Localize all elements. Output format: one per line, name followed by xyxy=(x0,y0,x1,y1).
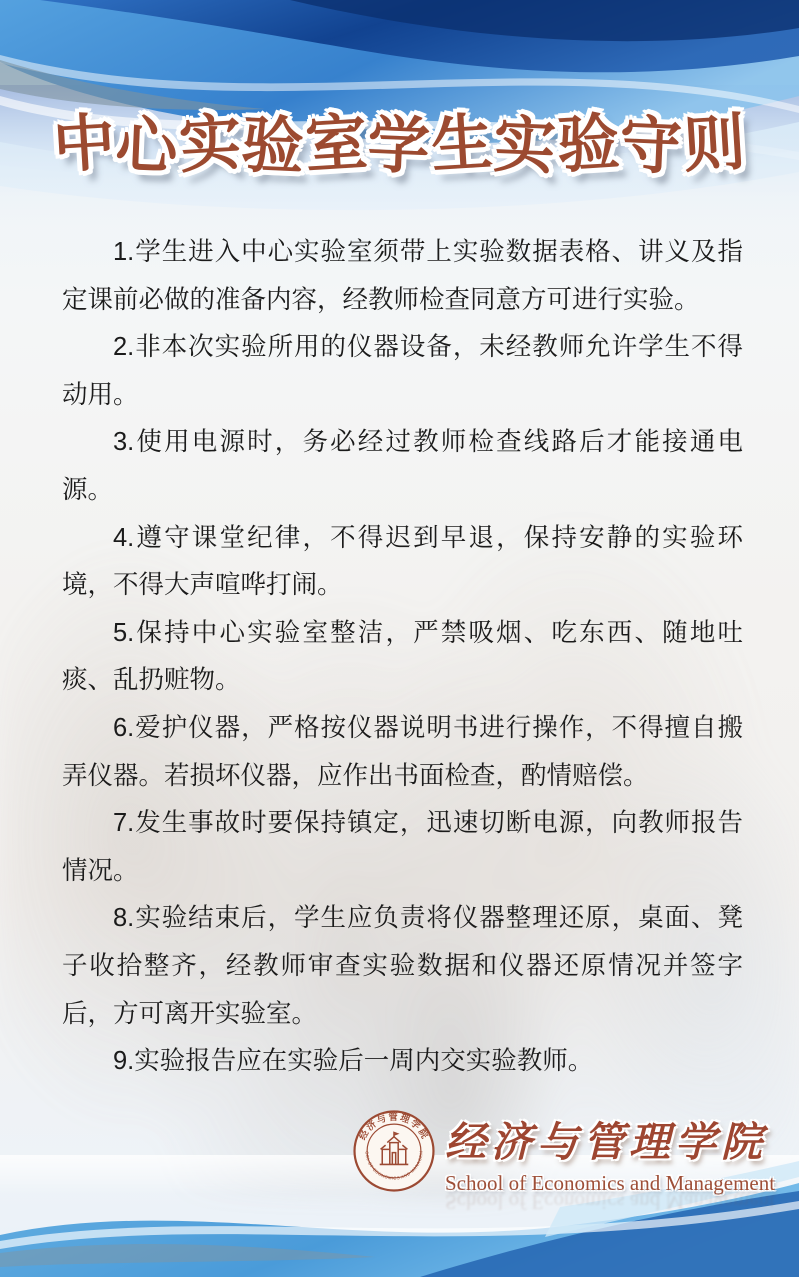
rule-paragraph-6: 6.爱护仪器，严格按仪器说明书进行操作，不得擅自搬弄仪器。若损坏仪器，应作出书面… xyxy=(62,705,743,800)
rule-paragraph-1: 1.学生进入中心实验室须带上实验数据表格、讲义及指定课前必做的准备内容，经教师检… xyxy=(62,229,743,324)
lab-rules-poster: 中心实验室学生实验守则 1.学生进入中心实验室须带上实验数据表格、讲义及指定课前… xyxy=(0,0,799,1277)
school-name-chinese: 经济与管理学院 xyxy=(445,1109,765,1168)
rule-paragraph-3: 3.使用电源时，务必经过教师检查线路后才能接通电源。 xyxy=(62,419,743,514)
rule-paragraph-5: 5.保持中心实验室整洁，严禁吸烟、吃东西、随地吐痰、乱扔赃物。 xyxy=(62,610,743,705)
footer-branding: 经济与管理学院 SCHOOL OF ECONOMICS AND MANAGEME… xyxy=(348,1103,768,1203)
rule-paragraph-4: 4.遵守课堂纪律，不得迟到早退，保持安静的实验环境，不得大声喧哗打闹。 xyxy=(62,515,743,610)
school-seal-logo: 经济与管理学院 SCHOOL OF ECONOMICS AND MANAGEME… xyxy=(352,1109,436,1193)
poster-title: 中心实验室学生实验守则 xyxy=(0,94,799,183)
rule-paragraph-9: 9.实验报告应在实验后一周内交实验教师。 xyxy=(62,1038,743,1086)
rule-paragraph-2: 2.非本次实验所用的仪器设备，未经教师允许学生不得动用。 xyxy=(62,324,743,419)
rules-list: 1.学生进入中心实验室须带上实验数据表格、讲义及指定课前必做的准备内容，经教师检… xyxy=(62,229,743,1086)
rule-paragraph-8: 8.实验结束后，学生应负责将仪器整理还原，桌面、凳子收拾整齐，经教师审查实验数据… xyxy=(62,895,743,1038)
footer-text-reflection: School of Economics and Management xyxy=(445,1189,765,1214)
rule-paragraph-7: 7.发生事故时要保持镇定，迅速切断电源，向教师报告情况。 xyxy=(62,800,743,895)
